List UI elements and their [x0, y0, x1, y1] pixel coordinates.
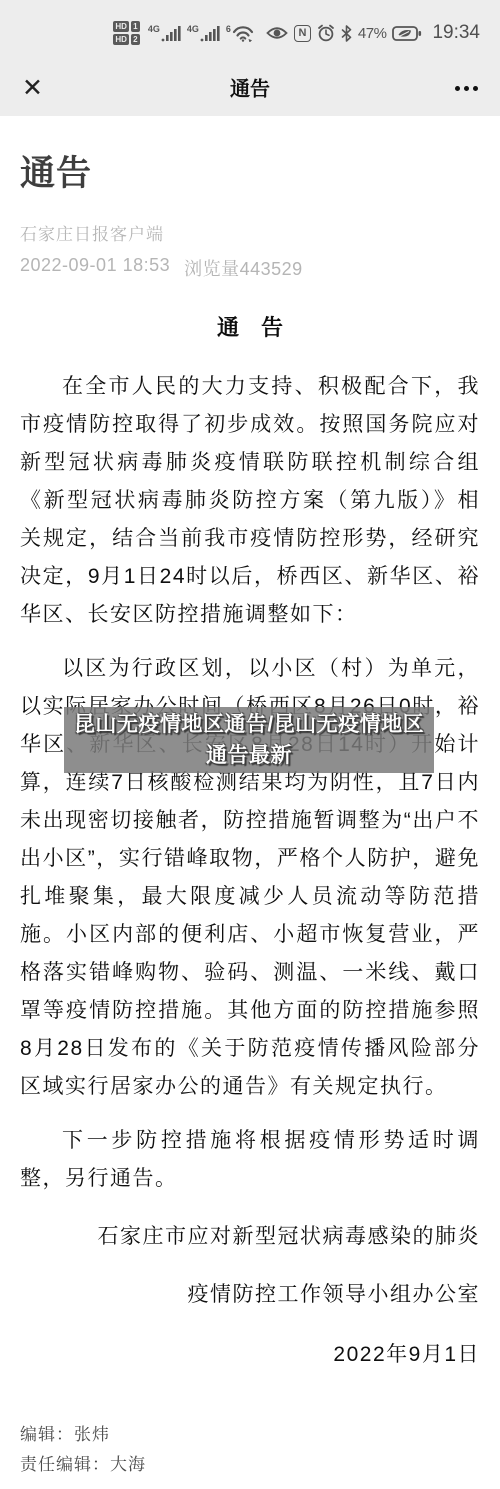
publish-date: 2022-09-01 18:53 — [20, 255, 170, 281]
battery-saver-leaf-icon — [392, 25, 422, 42]
chief-editor-line: 责任编辑：大海 — [20, 1450, 480, 1480]
clock-time: 19:34 — [432, 22, 480, 44]
hd1-icon: HD — [113, 21, 129, 32]
signature-line-1: 石家庄市应对新型冠状病毒感染的肺炎 — [20, 1218, 480, 1256]
page-title: 通告 — [230, 72, 270, 101]
signature-line-2: 疫情防控工作领导小组办公室 — [20, 1276, 480, 1314]
article: 通告 石家庄日报客户端 2022-09-01 18:53 浏览量443529 通… — [0, 146, 500, 1480]
editor-line: 编辑：张炜 — [20, 1420, 480, 1450]
article-source: 石家庄日报客户端 — [20, 220, 480, 245]
wifi-6-icon: 6 — [226, 25, 254, 42]
alarm-clock-icon — [317, 24, 335, 42]
hd2-icon: HD — [113, 34, 129, 45]
nfc-icon: N — [294, 25, 311, 42]
battery-percent: 47% — [358, 25, 387, 42]
editors-block: 编辑：张炜 责任编辑：大海 — [20, 1420, 480, 1480]
paragraph-1: 在全市人民的大力支持、积极配合下，我市疫情防控取得了初步成效。按照国务院应对新型… — [20, 368, 480, 634]
status-bar: HD 1 HD 2 4G 4G 6 — [0, 0, 500, 60]
bluetooth-icon — [341, 25, 352, 42]
close-icon[interactable]: ✕ — [22, 76, 43, 101]
nav-bar: ✕ 通告 — [0, 60, 500, 116]
eye-protection-icon — [266, 26, 288, 40]
signal-4g-sim2-icon: 4G — [187, 25, 220, 42]
article-meta: 2022-09-01 18:53 浏览量443529 — [20, 255, 480, 281]
signature-date: 2022年9月1日 — [20, 1336, 480, 1374]
more-menu-icon[interactable] — [455, 86, 478, 91]
signal-4g-sim1-icon: 4G — [148, 25, 181, 42]
document-heading: 通 告 — [20, 311, 480, 342]
article-title: 通告 — [20, 146, 480, 196]
hd-sim-badges: HD 1 HD 2 — [113, 21, 140, 45]
watermark-overlay: 昆山无疫情地区通告/昆山无疫情地区通告最新 — [64, 707, 434, 773]
view-count: 浏览量443529 — [184, 255, 303, 281]
paragraph-3: 下一步防控措施将根据疫情形势适时调整，另行通告。 — [20, 1122, 480, 1198]
